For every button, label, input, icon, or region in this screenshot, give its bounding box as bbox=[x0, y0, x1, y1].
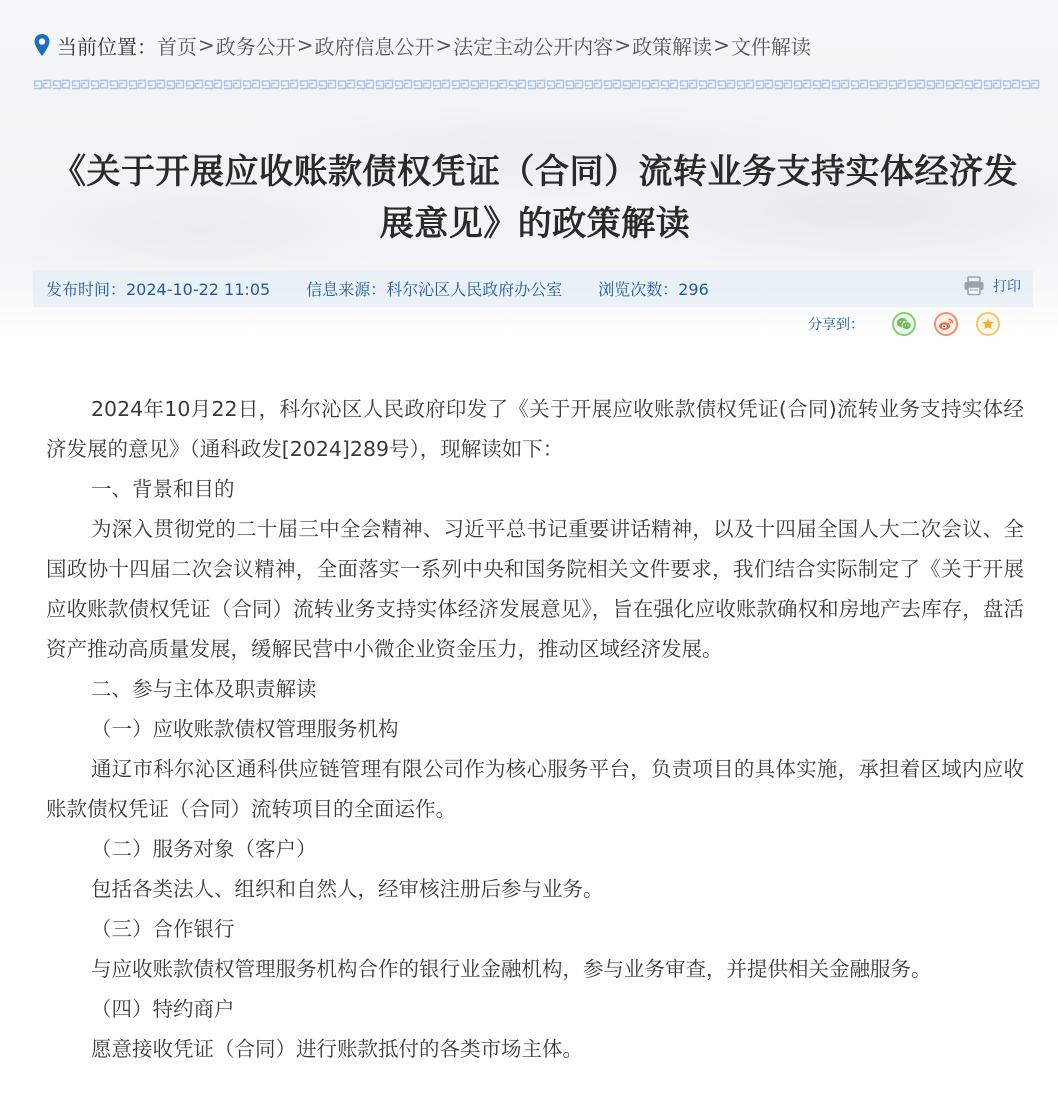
breadcrumb-home[interactable]: 首页 bbox=[157, 31, 197, 60]
section-heading-2: 二、参与主体及职责解读 bbox=[46, 669, 1024, 709]
breadcrumb-gov-info[interactable]: 政府信息公开 bbox=[315, 31, 435, 60]
info-source: 信息来源：科尔沁区人民政府办公室 bbox=[306, 277, 562, 300]
breadcrumb-policy-interpretation[interactable]: 政策解读 bbox=[632, 31, 712, 60]
subsection-heading-2: （二）服务对象（客户） bbox=[46, 829, 1024, 869]
weibo-share-icon[interactable] bbox=[934, 312, 958, 336]
article-body: 2024年10月22日，科尔沁区人民政府印发了《关于开展应收账款债权凭证(合同)… bbox=[46, 389, 1024, 1069]
share-bar: 分享到： bbox=[808, 310, 1000, 338]
print-button[interactable]: 打印 bbox=[963, 276, 1021, 296]
breadcrumb-document-interpretation[interactable]: 文件解读 bbox=[731, 31, 811, 60]
breadcrumb-separator: > bbox=[712, 33, 731, 57]
article-title: 《关于开展应收账款债权凭证（合同）流转业务支持实体经济发展意见》的政策解读 bbox=[40, 146, 1030, 250]
location-pin-icon bbox=[33, 33, 51, 57]
paragraph-background: 为深入贯彻党的二十届三中全会精神、习近平总书记重要讲话精神，以及十四届全国人大二… bbox=[46, 509, 1024, 669]
print-label: 打印 bbox=[993, 276, 1021, 296]
paragraph-intro: 2024年10月22日，科尔沁区人民政府印发了《关于开展应收账款债权凭证(合同)… bbox=[46, 389, 1024, 469]
paragraph-service-agency: 通辽市科尔沁区通科供应链管理有限公司作为核心服务平台，负责项目的具体实施，承担着… bbox=[46, 749, 1024, 829]
breadcrumb-separator: > bbox=[296, 33, 315, 57]
publish-time: 发布时间：2024-10-22 11:05 bbox=[46, 277, 270, 300]
paragraph-merchants: 愿意接收凭证（合同）进行账款抵付的各类市场主体。 bbox=[46, 1029, 1024, 1069]
breadcrumb-label: 当前位置： bbox=[57, 31, 157, 60]
breadcrumb-statutory[interactable]: 法定主动公开内容 bbox=[453, 31, 613, 60]
printer-icon bbox=[963, 276, 985, 296]
favorite-share-icon[interactable] bbox=[976, 312, 1000, 336]
meander-divider bbox=[33, 79, 1040, 90]
share-label: 分享到： bbox=[808, 314, 864, 334]
subsection-heading-3: （三）合作银行 bbox=[46, 909, 1024, 949]
breadcrumb-gov-affairs[interactable]: 政务公开 bbox=[216, 31, 296, 60]
subsection-heading-1: （一）应收账款债权管理服务机构 bbox=[46, 709, 1024, 749]
breadcrumb-separator: > bbox=[197, 33, 216, 57]
breadcrumb: 当前位置： 首页 > 政务公开 > 政府信息公开 > 法定主动公开内容 > 政策… bbox=[33, 28, 811, 62]
section-heading-1: 一、背景和目的 bbox=[46, 469, 1024, 509]
paragraph-banks: 与应收账款债权管理服务机构合作的银行业金融机构，参与业务审查，并提供相关金融服务… bbox=[46, 949, 1024, 989]
article-meta-bar: 发布时间：2024-10-22 11:05 信息来源：科尔沁区人民政府办公室 浏… bbox=[33, 270, 1033, 307]
breadcrumb-separator: > bbox=[435, 33, 454, 57]
wechat-share-icon[interactable] bbox=[892, 312, 916, 336]
paragraph-clients: 包括各类法人、组织和自然人，经审核注册后参与业务。 bbox=[46, 869, 1024, 909]
breadcrumb-separator: > bbox=[613, 33, 632, 57]
view-count: 浏览次数：296 bbox=[598, 277, 709, 300]
subsection-heading-4: （四）特约商户 bbox=[46, 989, 1024, 1029]
page: 当前位置： 首页 > 政务公开 > 政府信息公开 > 法定主动公开内容 > 政策… bbox=[0, 0, 1058, 1109]
